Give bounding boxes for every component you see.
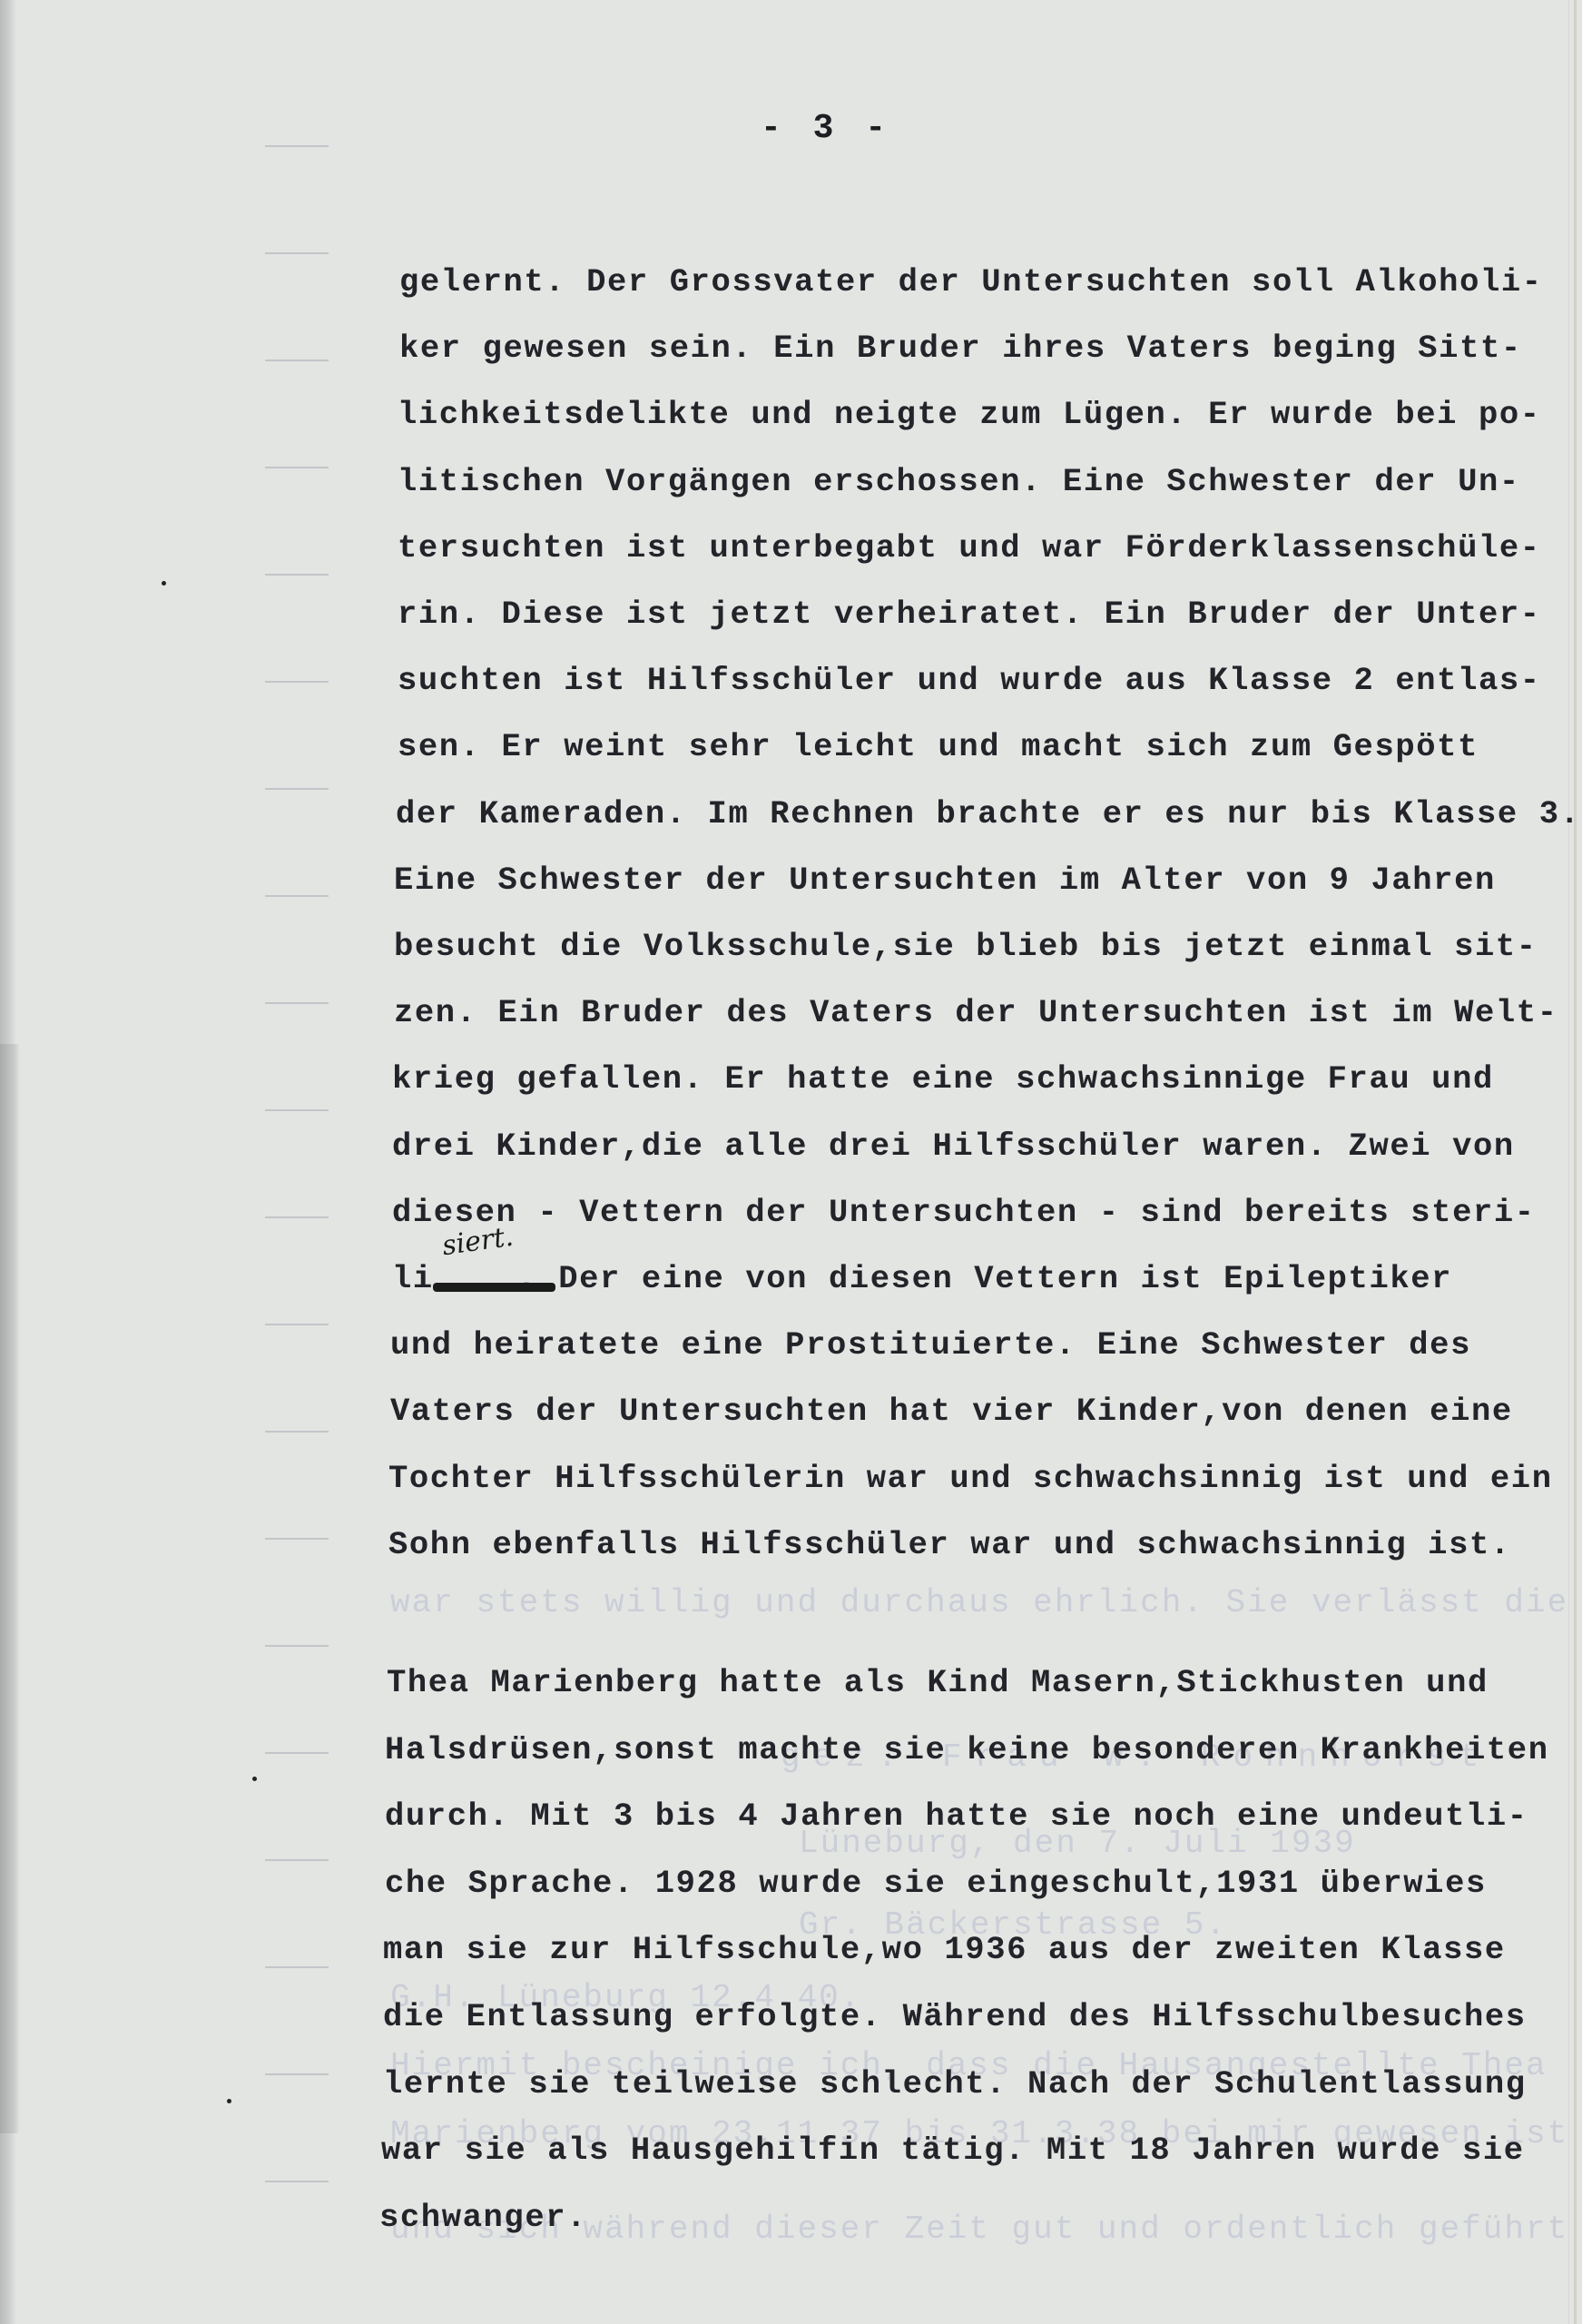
margin-tick [265, 1645, 329, 1647]
text-line: und heiratete eine Prostituierte. Eine S… [390, 1326, 1471, 1364]
margin-tick [265, 681, 329, 683]
text-line: sen. Er weint sehr leicht und macht sich… [398, 728, 1479, 765]
text-line: ker gewesen sein. Ein Bruder ihres Vater… [399, 330, 1522, 367]
margin-tick [265, 895, 329, 897]
text-line: drei Kinder,die alle drei Hilfsschüler w… [392, 1128, 1515, 1165]
text-line: che Sprache. 1928 wurde sie eingeschult,… [385, 1865, 1487, 1902]
margin-tick [265, 1859, 329, 1861]
margin-tick [265, 1538, 329, 1540]
paper-speck [252, 1777, 257, 1781]
margin-tick [265, 359, 329, 361]
margin-tick [265, 574, 329, 576]
text-line: tersuchten ist unterbegabt und war Förde… [398, 529, 1541, 566]
text-line: rin. Diese ist jetzt verheiratet. Ein Br… [398, 596, 1541, 633]
paper-speck [162, 581, 166, 586]
text-line: litischen Vorgängen erschossen. Eine Sch… [398, 463, 1520, 500]
margin-tick [265, 252, 329, 254]
text-line: Tochter Hilfsschülerin war und schwachsi… [388, 1460, 1553, 1497]
margin-tick [265, 145, 329, 147]
paper-speck [227, 2099, 231, 2103]
struck-out-text [433, 1283, 555, 1292]
text-line: krieg gefallen. Er hatte eine schwachsin… [392, 1060, 1494, 1098]
margin-tick [265, 2181, 329, 2182]
bleed-through-line: war stets willig und durchaus ehrlich. S… [390, 1584, 1568, 1621]
text-line: Sohn ebenfalls Hilfsschüler war und schw… [388, 1526, 1511, 1563]
margin-tick [265, 1752, 329, 1754]
text-line: zen. Ein Bruder des Vaters der Untersuch… [394, 994, 1558, 1031]
text-line: schwanger. [379, 2199, 587, 2236]
text-line: war sie als Hausgehilfin tätig. Mit 18 J… [381, 2132, 1525, 2169]
text-line: der Kameraden. Im Rechnen brachte er es … [396, 795, 1581, 832]
text-line: besucht die Volksschule,sie blieb bis je… [394, 928, 1538, 965]
text-line: durch. Mit 3 bis 4 Jahren hatte sie noch… [385, 1797, 1528, 1835]
text-line: die Entlassung erfolgte. Während des Hil… [383, 1998, 1527, 2035]
text-line: lichkeitsdelikte und neigte zum Lügen. E… [398, 396, 1541, 433]
margin-tick [265, 1431, 329, 1433]
margin-tick [265, 788, 329, 790]
page-left-edge-shadow-lower [0, 1044, 20, 2133]
page-number: - 3 - [761, 109, 891, 148]
text-line: diesen - Vettern der Untersuchten - sind… [392, 1194, 1536, 1231]
margin-tick [265, 1216, 329, 1218]
page-right-edge [1574, 0, 1577, 2324]
text-line: Eine Schwester der Untersuchten im Alter… [394, 862, 1496, 899]
text-line: man sie zur Hilfsschule,wo 1936 aus der … [383, 1931, 1506, 1968]
page-right-edge-line [1568, 0, 1569, 2324]
margin-tick [265, 1324, 329, 1325]
margin-tick [265, 2073, 329, 2075]
text-line: Vaters der Untersuchten hat vier Kinder,… [390, 1393, 1513, 1430]
text-line: suchten ist Hilfsschüler und wurde aus K… [398, 662, 1541, 699]
text-line: gelernt. Der Grossvater der Untersuchten… [399, 263, 1543, 300]
text-line: Thea Marienberg hatte als Kind Masern,St… [387, 1664, 1489, 1701]
margin-tick [265, 1966, 329, 1968]
margin-tick [265, 1002, 329, 1004]
margin-tick [265, 467, 329, 468]
margin-tick [265, 1109, 329, 1111]
text-line: lernte sie teilweise schlecht. Nach der … [383, 2065, 1527, 2102]
text-line: Halsdrüsen,sonst machte sie keine besond… [385, 1731, 1549, 1768]
